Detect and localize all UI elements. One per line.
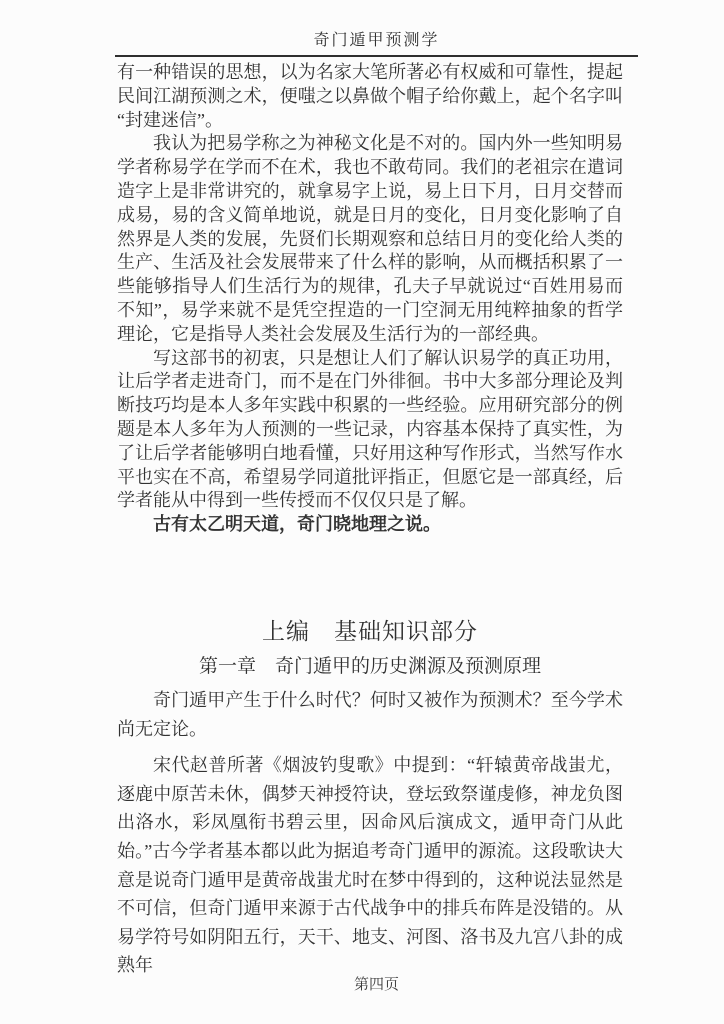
paragraph-yixue-view: 我认为把易学称之为神秘文化是不对的。国内外一些知明易学者称易学在学而不在术，我也… — [117, 132, 623, 346]
running-header: 奇门遁甲预测学 — [115, 0, 638, 50]
part-heading: 上编 基础知识部分 — [117, 613, 623, 646]
paragraph-proverb: 古有太乙明天道，奇门晓地理之说。 — [117, 513, 623, 537]
paragraph-book-purpose: 写这部书的初衷，只是想让人们了解认识易学的真正功用，让后学者走进奇门，而不是在门… — [117, 347, 623, 514]
chapter-heading: 第一章 奇门遁甲的历史渊源及预测原理 — [117, 651, 623, 678]
page-content: 有一种错误的思想，以为名家大笔所著必有权威和可靠性，提起民间江湖预测之术，便嗤之… — [117, 57, 623, 980]
page-header-title: 奇门遁甲预测学 — [313, 32, 439, 49]
paragraph-intro-continuation: 有一种错误的思想，以为名家大笔所著必有权威和可靠性，提起民间江湖预测之术，便嗤之… — [117, 61, 623, 132]
page-number: 第四页 — [354, 977, 399, 993]
page-footer: 第四页 — [115, 973, 638, 994]
paragraph-yanbo-diaosou-ge: 宋代赵普所著《烟波钓叟歌》中提到：“轩辕黄帝战蚩尤，逐鹿中原苦未休，偶梦天神授符… — [117, 751, 623, 980]
book-page: 奇门遁甲预测学 有一种错误的思想，以为名家大笔所著必有权威和可靠性，提起民间江湖… — [0, 0, 724, 1024]
paragraph-chapter-intro: 奇门遁甲产生于什么时代？何时又被作为预测术？至今学术尚无定论。 — [117, 686, 623, 743]
